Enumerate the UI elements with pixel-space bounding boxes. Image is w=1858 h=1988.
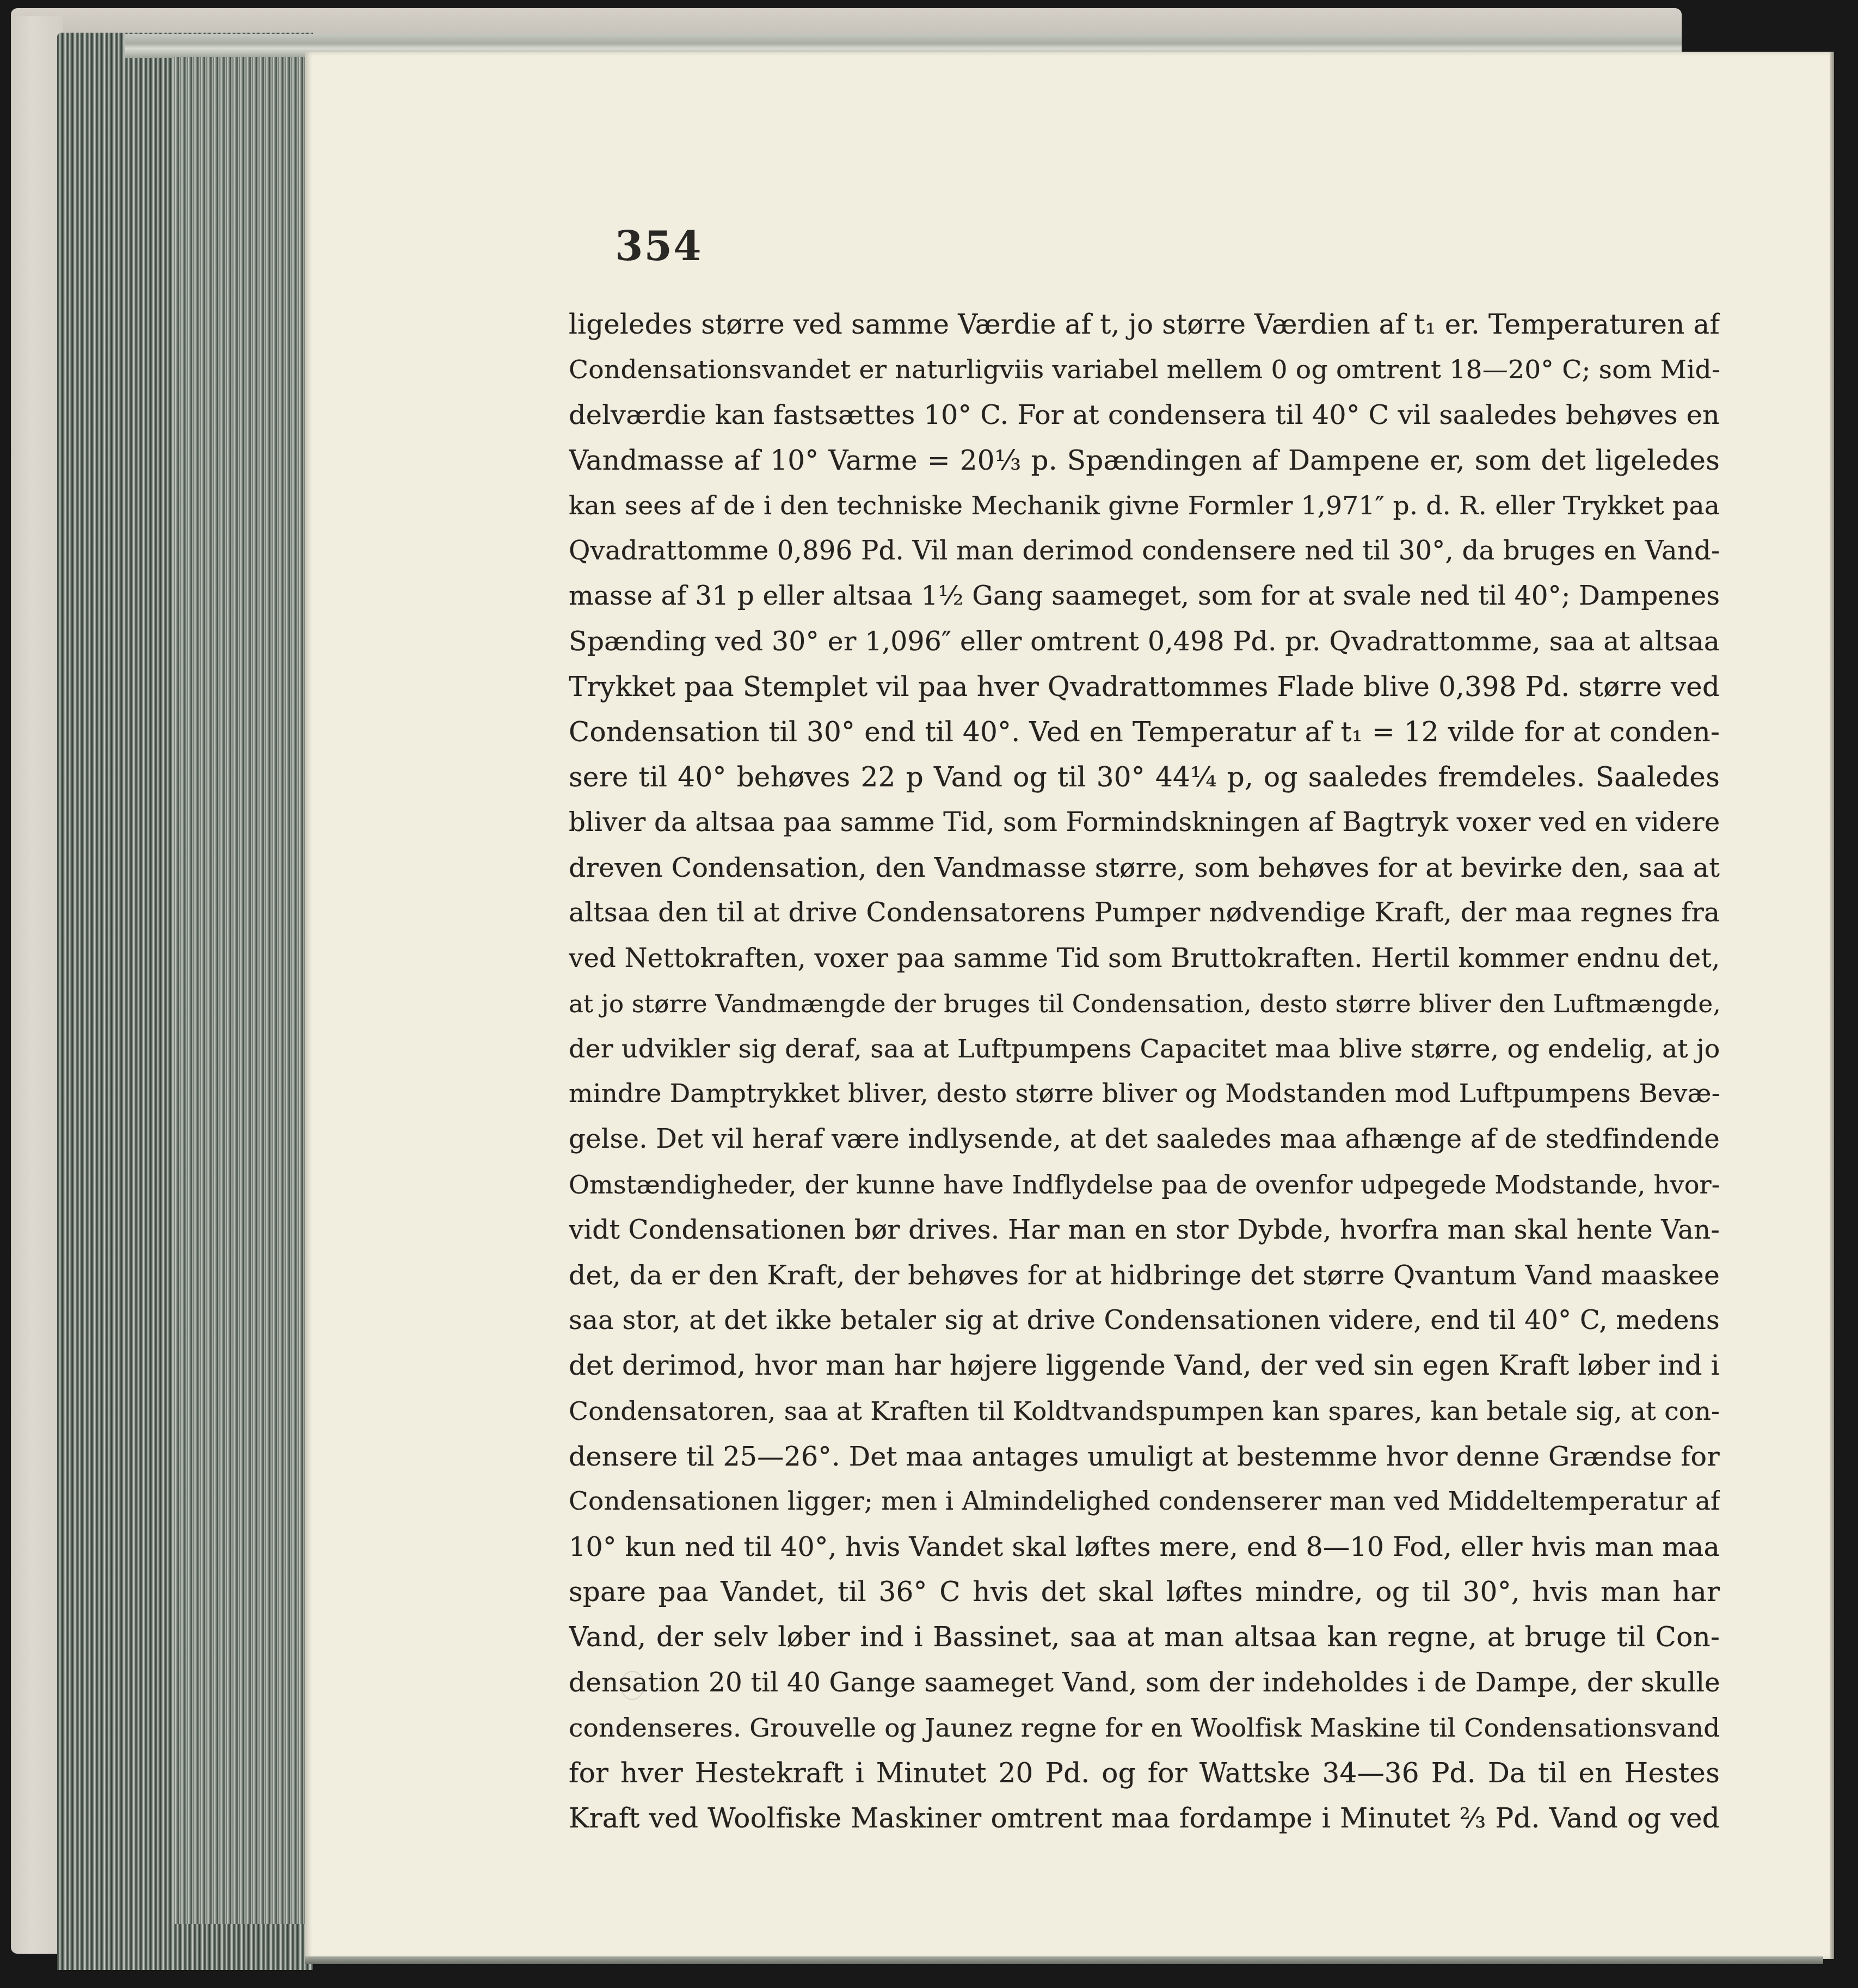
text-line: altsaa den til at drive Condensatorens P…: [569, 890, 1720, 935]
text-line: ved Nettokraften, voxer paa samme Tid so…: [569, 936, 1720, 981]
text-line: Omstændigheder, der kunne have Indflydel…: [569, 1162, 1720, 1208]
text-line: densere til 25—26°. Det maa antages umul…: [569, 1434, 1720, 1479]
text-line: bliver da altsaa paa samme Tid, som Form…: [569, 800, 1720, 845]
text-line: saa stor, at det ikke betaler sig at dri…: [569, 1298, 1720, 1343]
body-text: ligeledes større ved samme Værdie af t, …: [569, 302, 1720, 1841]
text-line: Kraft ved Woolfiske Maskiner omtrent maa…: [569, 1796, 1720, 1841]
text-line: det, da er den Kraft, der behøves for at…: [569, 1253, 1720, 1298]
text-line: Condensation til 30° end til 40°. Ved en…: [569, 710, 1720, 755]
text-line: at jo større Vandmængde der bruges til C…: [569, 981, 1720, 1026]
text-line: Vand, der selv løber ind i Bassinet, saa…: [569, 1615, 1720, 1660]
text-line: ligeledes større ved samme Værdie af t, …: [569, 302, 1720, 347]
page-bottom-edge: [305, 1956, 1823, 1964]
text-line: for hver Hestekraft i Minutet 20 Pd. og …: [569, 1751, 1720, 1796]
text-line: kan sees af de i den techniske Mechanik …: [569, 483, 1720, 528]
text-line: 10° kun ned til 40°, hvis Vandet skal lø…: [569, 1524, 1720, 1570]
text-line: vidt Condensationen bør drives. Har man …: [569, 1208, 1720, 1253]
text-line: dreven Condensation, den Vandmasse størr…: [569, 845, 1720, 890]
book-cover-top-edge: [11, 8, 1682, 34]
book-cover-spine-edge: [11, 16, 63, 1954]
text-line: Condensationsvandet er naturligviis vari…: [569, 347, 1720, 392]
text-line: sere til 40° behøves 22 p Vand og til 30…: [569, 755, 1720, 800]
text-line: delværdie kan fastsættes 10° C. For at c…: [569, 392, 1720, 438]
text-line: masse af 31 p eller altsaa 1½ Gang saame…: [569, 574, 1720, 619]
text-line: Trykket paa Stemplet vil paa hver Qvadra…: [569, 664, 1720, 710]
text-line: det derimod, hvor man har højere liggend…: [569, 1343, 1720, 1388]
text-line: condenseres. Grouvelle og Jaunez regne f…: [569, 1706, 1720, 1751]
text-line: spare paa Vandet, til 36° C hvis det ska…: [569, 1570, 1720, 1615]
text-line: Condensatoren, saa at Kraften til Koldtv…: [569, 1389, 1720, 1434]
text-line: gelse. Det vil heraf være indlysende, at…: [569, 1117, 1720, 1162]
page-number: 354: [615, 223, 702, 270]
text-line: Qvadrattomme 0,896 Pd. Vil man derimod c…: [569, 528, 1720, 574]
page-fore-edge-inner: [174, 57, 310, 1924]
text-line: Spænding ved 30° er 1,096″ eller omtrent…: [569, 619, 1720, 664]
text-line: densation 20 til 40 Gange saameget Vand,…: [569, 1660, 1720, 1706]
text-line: Vandmasse af 10° Varme = 20⅓ p. Spænding…: [569, 438, 1720, 483]
text-line: mindre Damptrykket bliver, desto større …: [569, 1072, 1720, 1117]
show-through-stamp-mark: [620, 1671, 644, 1700]
text-line: der udvikler sig deraf, saa at Luftpumpe…: [569, 1026, 1720, 1072]
text-line: Condensationen ligger; men i Almindeligh…: [569, 1479, 1720, 1524]
